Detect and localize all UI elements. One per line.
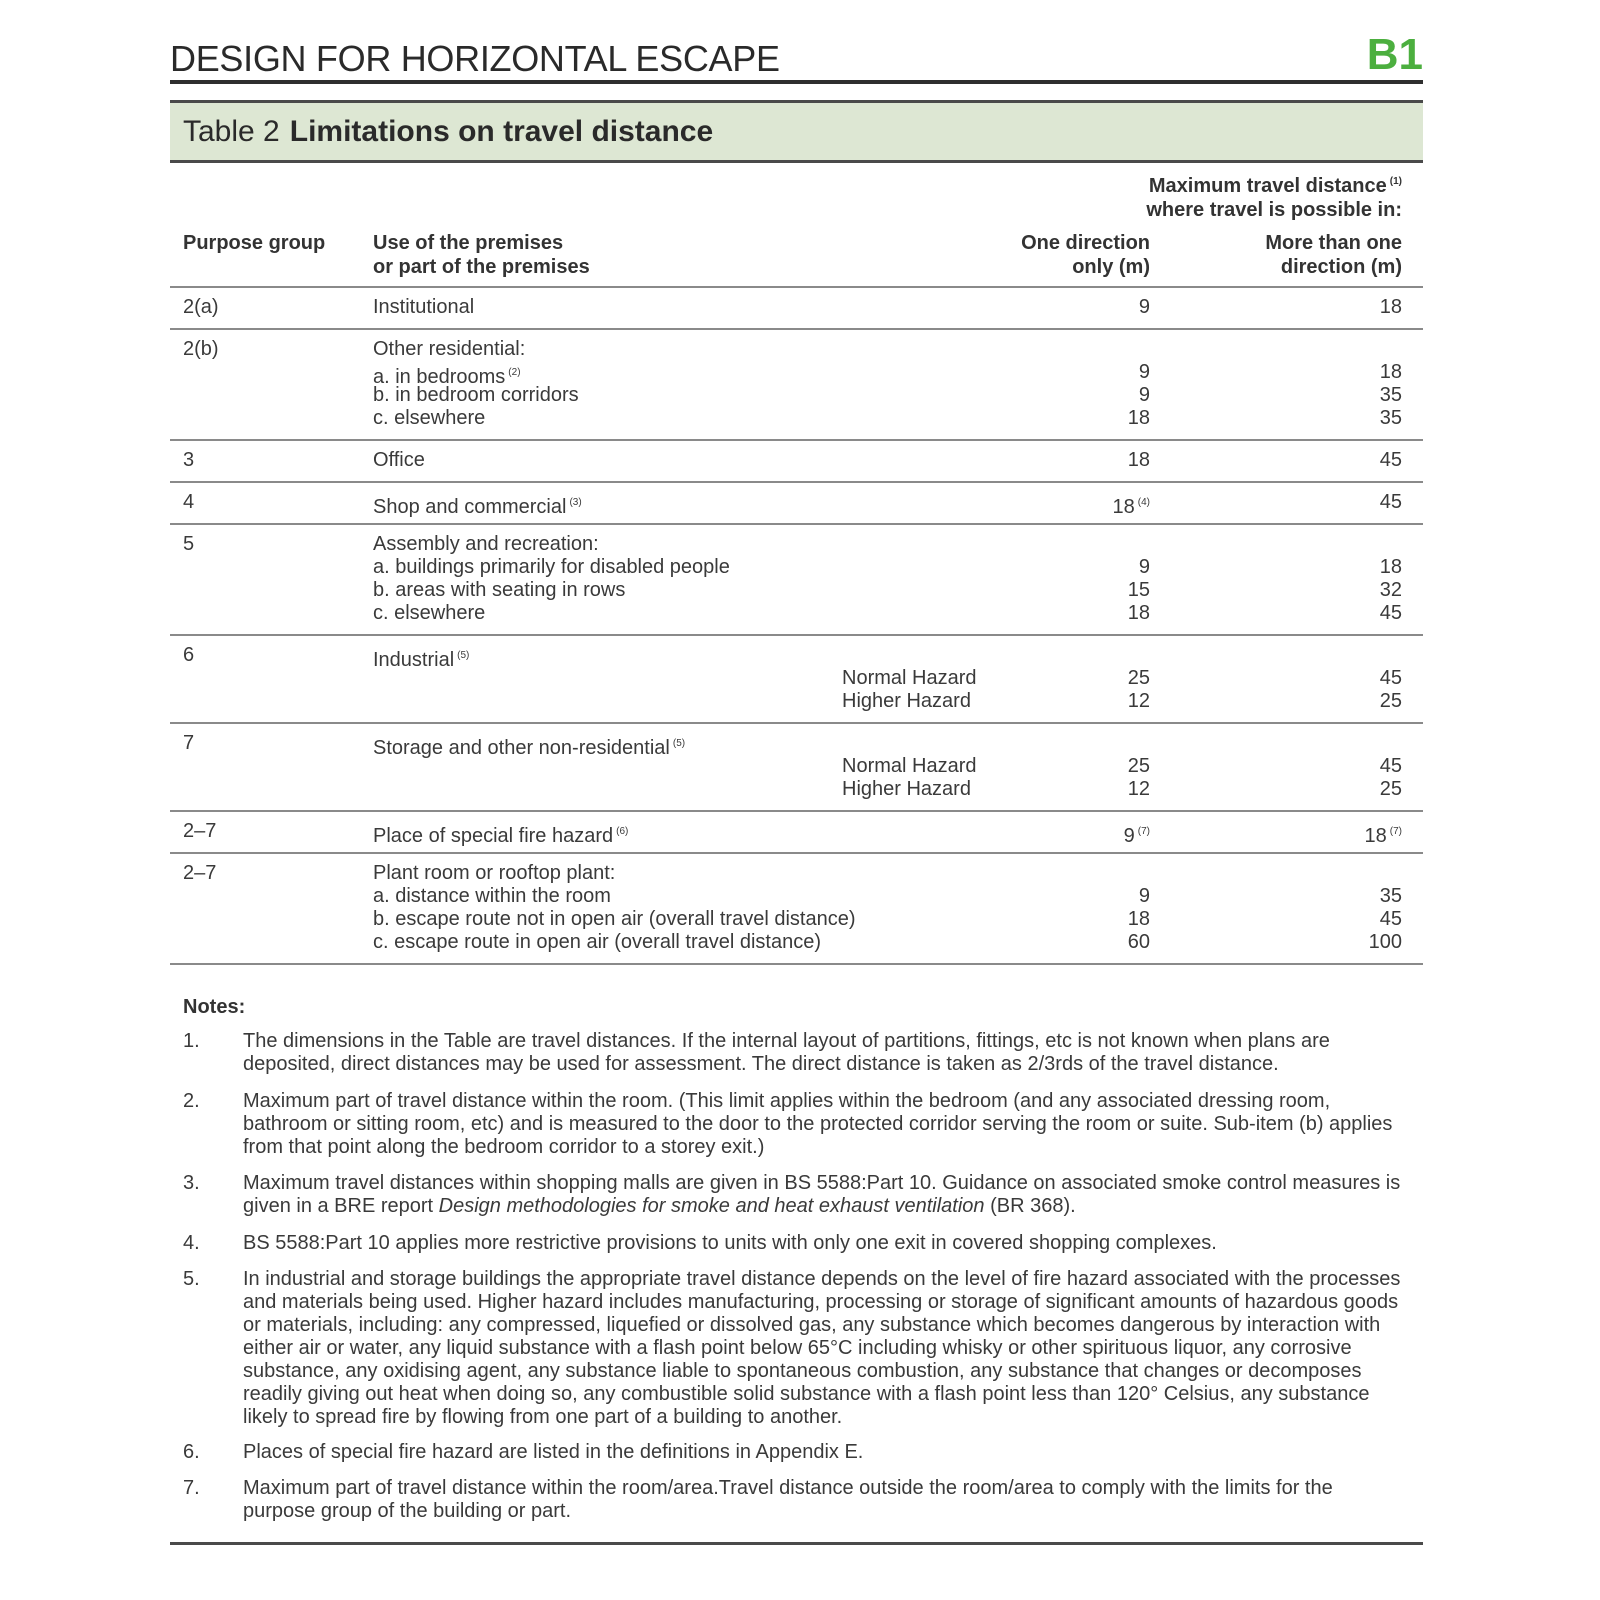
note-number: 2. (183, 1090, 200, 1113)
one-direction-value: 18 (1128, 602, 1150, 625)
more-directions-value: 18(7) (1365, 820, 1402, 848)
sub-use-cell: c. elsewhere (373, 602, 485, 625)
col-header-purpose-group: Purpose group (183, 231, 325, 255)
purpose-group-cell: 3 (183, 449, 194, 472)
note-item: 6.Places of special fire hazard are list… (183, 1441, 1408, 1464)
one-direction-value: 9 (1139, 885, 1150, 908)
col-header-more-line1: More than one (1265, 232, 1402, 254)
col-header-more-directions: More than one direction (m) (1265, 231, 1402, 279)
document-page: DESIGN FOR HORIZONTAL ESCAPE B1 Table 2L… (170, 0, 1423, 1600)
row-divider (170, 722, 1423, 724)
purpose-group-cell: 5 (183, 533, 194, 556)
one-direction-value: 25 (1128, 755, 1150, 778)
note-number: 1. (183, 1030, 200, 1053)
more-directions-value: 25 (1380, 778, 1402, 801)
one-direction-value: 25 (1128, 667, 1150, 690)
row-divider (170, 852, 1423, 854)
row-divider (170, 481, 1423, 483)
use-cell: Other residential: (373, 338, 525, 361)
footnote-ref: (4) (1138, 497, 1150, 508)
note-number: 6. (183, 1441, 200, 1464)
sub-use-cell: c. elsewhere (373, 407, 485, 430)
note-text: Maximum part of travel distance within t… (243, 1090, 1408, 1159)
table-banner: Table 2Limitations on travel distance (170, 103, 1423, 161)
more-directions-value: 32 (1380, 579, 1402, 602)
more-directions-value: 35 (1380, 885, 1402, 908)
report-title: Design methodologies for smoke and heat … (439, 1195, 985, 1217)
max-travel-header-line2: where travel is possible in: (1146, 199, 1402, 221)
use-cell: Storage and other non-residential(5) (373, 732, 685, 760)
note-item: 2.Maximum part of travel distance within… (183, 1090, 1408, 1159)
note-item: 4.BS 5588:Part 10 applies more restricti… (183, 1232, 1408, 1255)
one-direction-value: 12 (1128, 778, 1150, 801)
one-direction-value: 9 (1139, 361, 1150, 384)
more-directions-value: 45 (1380, 755, 1402, 778)
more-directions-value: 18 (1380, 556, 1402, 579)
footnote-ref: (7) (1390, 826, 1402, 837)
col-header-use-line1: Use of the premises (373, 232, 563, 254)
table-number: Table 2 (183, 115, 280, 148)
purpose-group-cell: 4 (183, 491, 194, 514)
one-direction-value: 9(7) (1124, 820, 1150, 848)
note-text: BS 5588:Part 10 applies more restrictive… (243, 1232, 1408, 1255)
one-direction-value: 9 (1139, 556, 1150, 579)
more-directions-value: 45 (1380, 602, 1402, 625)
col-header-one-line1: One direction (1021, 232, 1150, 254)
purpose-group-cell: 6 (183, 644, 194, 667)
note-text: In industrial and storage buildings the … (243, 1268, 1408, 1429)
sub-use-cell: a. distance within the room (373, 885, 611, 908)
one-direction-value: 60 (1128, 931, 1150, 954)
more-directions-value: 45 (1380, 449, 1402, 472)
max-travel-header-text: Maximum travel distance (1149, 175, 1387, 197)
one-direction-value: 18 (1128, 449, 1150, 472)
row-divider (170, 634, 1423, 636)
footnote-ref: (5) (673, 738, 685, 749)
col-header-one-line2: only (m) (1072, 256, 1150, 278)
banner-bottom-rule (170, 160, 1423, 163)
use-cell: Place of special fire hazard(6) (373, 820, 628, 848)
row-divider (170, 963, 1423, 965)
table-caption: Table 2Limitations on travel distance (183, 115, 713, 149)
row-divider (170, 810, 1423, 812)
col-header-one-direction: One direction only (m) (1021, 231, 1150, 279)
hazard-label: Normal Hazard (842, 667, 976, 690)
note-text: Maximum travel distances within shopping… (243, 1172, 1408, 1218)
col-header-use-line2: or part of the premises (373, 256, 590, 278)
col-header-more-line2: direction (m) (1281, 256, 1402, 278)
footnote-ref: (1) (1390, 176, 1402, 187)
note-item: 7.Maximum part of travel distance within… (183, 1477, 1408, 1523)
footnote-ref: (6) (616, 826, 628, 837)
section-title: DESIGN FOR HORIZONTAL ESCAPE (170, 38, 780, 80)
col-header-use: Use of the premises or part of the premi… (373, 231, 590, 279)
one-direction-value: 18 (1128, 407, 1150, 430)
row-divider (170, 439, 1423, 441)
use-cell: Institutional (373, 296, 474, 319)
one-direction-value: 9 (1139, 296, 1150, 319)
more-directions-value: 35 (1380, 407, 1402, 430)
max-travel-header: Maximum travel distance(1) where travel … (1146, 170, 1402, 222)
row-divider (170, 523, 1423, 525)
purpose-group-cell: 2(b) (183, 338, 219, 361)
purpose-group-cell: 2–7 (183, 820, 216, 843)
note-item: 5.In industrial and storage buildings th… (183, 1268, 1408, 1429)
one-direction-value: 9 (1139, 384, 1150, 407)
note-item: 1.The dimensions in the Table are travel… (183, 1030, 1408, 1076)
one-direction-value: 12 (1128, 690, 1150, 713)
header-rule (170, 80, 1423, 84)
one-direction-value: 18 (1128, 908, 1150, 931)
hazard-label: Higher Hazard (842, 778, 971, 801)
row-divider (170, 328, 1423, 330)
purpose-group-cell: 2(a) (183, 296, 219, 319)
use-cell: Plant room or rooftop plant: (373, 862, 615, 885)
note-number: 3. (183, 1172, 200, 1195)
one-direction-value: 18(4) (1113, 491, 1150, 519)
sub-use-cell: b. escape route not in open air (overall… (373, 908, 856, 931)
sub-use-cell: b. areas with seating in rows (373, 579, 625, 602)
use-cell: Office (373, 449, 425, 472)
hazard-label: Normal Hazard (842, 755, 976, 778)
use-cell: Assembly and recreation: (373, 533, 599, 556)
more-directions-value: 18 (1380, 361, 1402, 384)
one-direction-value: 15 (1128, 579, 1150, 602)
sub-use-cell: a. buildings primarily for disabled peop… (373, 556, 730, 579)
footnote-ref: (7) (1138, 826, 1150, 837)
more-directions-value: 35 (1380, 384, 1402, 407)
note-item: 3.Maximum travel distances within shoppi… (183, 1172, 1408, 1218)
footnote-ref: (3) (569, 497, 581, 508)
more-directions-value: 25 (1380, 690, 1402, 713)
note-number: 7. (183, 1477, 200, 1500)
sub-use-cell: b. in bedroom corridors (373, 384, 579, 407)
footnote-ref: (2) (508, 367, 520, 378)
row-divider (170, 286, 1423, 288)
note-text: Maximum part of travel distance within t… (243, 1477, 1408, 1523)
purpose-group-cell: 7 (183, 732, 194, 755)
note-number: 5. (183, 1268, 200, 1291)
page-bottom-rule (170, 1542, 1423, 1545)
note-text: Places of special fire hazard are listed… (243, 1441, 1408, 1464)
note-number: 4. (183, 1232, 200, 1255)
purpose-group-cell: 2–7 (183, 862, 216, 885)
more-directions-value: 18 (1380, 296, 1402, 319)
more-directions-value: 45 (1380, 491, 1402, 514)
table-title: Limitations on travel distance (290, 115, 713, 148)
more-directions-value: 45 (1380, 908, 1402, 931)
section-code: B1 (1367, 30, 1423, 80)
more-directions-value: 100 (1369, 931, 1402, 954)
notes-title: Notes: (183, 996, 245, 1019)
sub-use-cell: c. escape route in open air (overall tra… (373, 931, 821, 954)
hazard-label: Higher Hazard (842, 690, 971, 713)
note-text: The dimensions in the Table are travel d… (243, 1030, 1408, 1076)
use-cell: Shop and commercial(3) (373, 491, 582, 519)
use-cell: Industrial(5) (373, 644, 469, 672)
more-directions-value: 45 (1380, 667, 1402, 690)
footnote-ref: (5) (457, 650, 469, 661)
